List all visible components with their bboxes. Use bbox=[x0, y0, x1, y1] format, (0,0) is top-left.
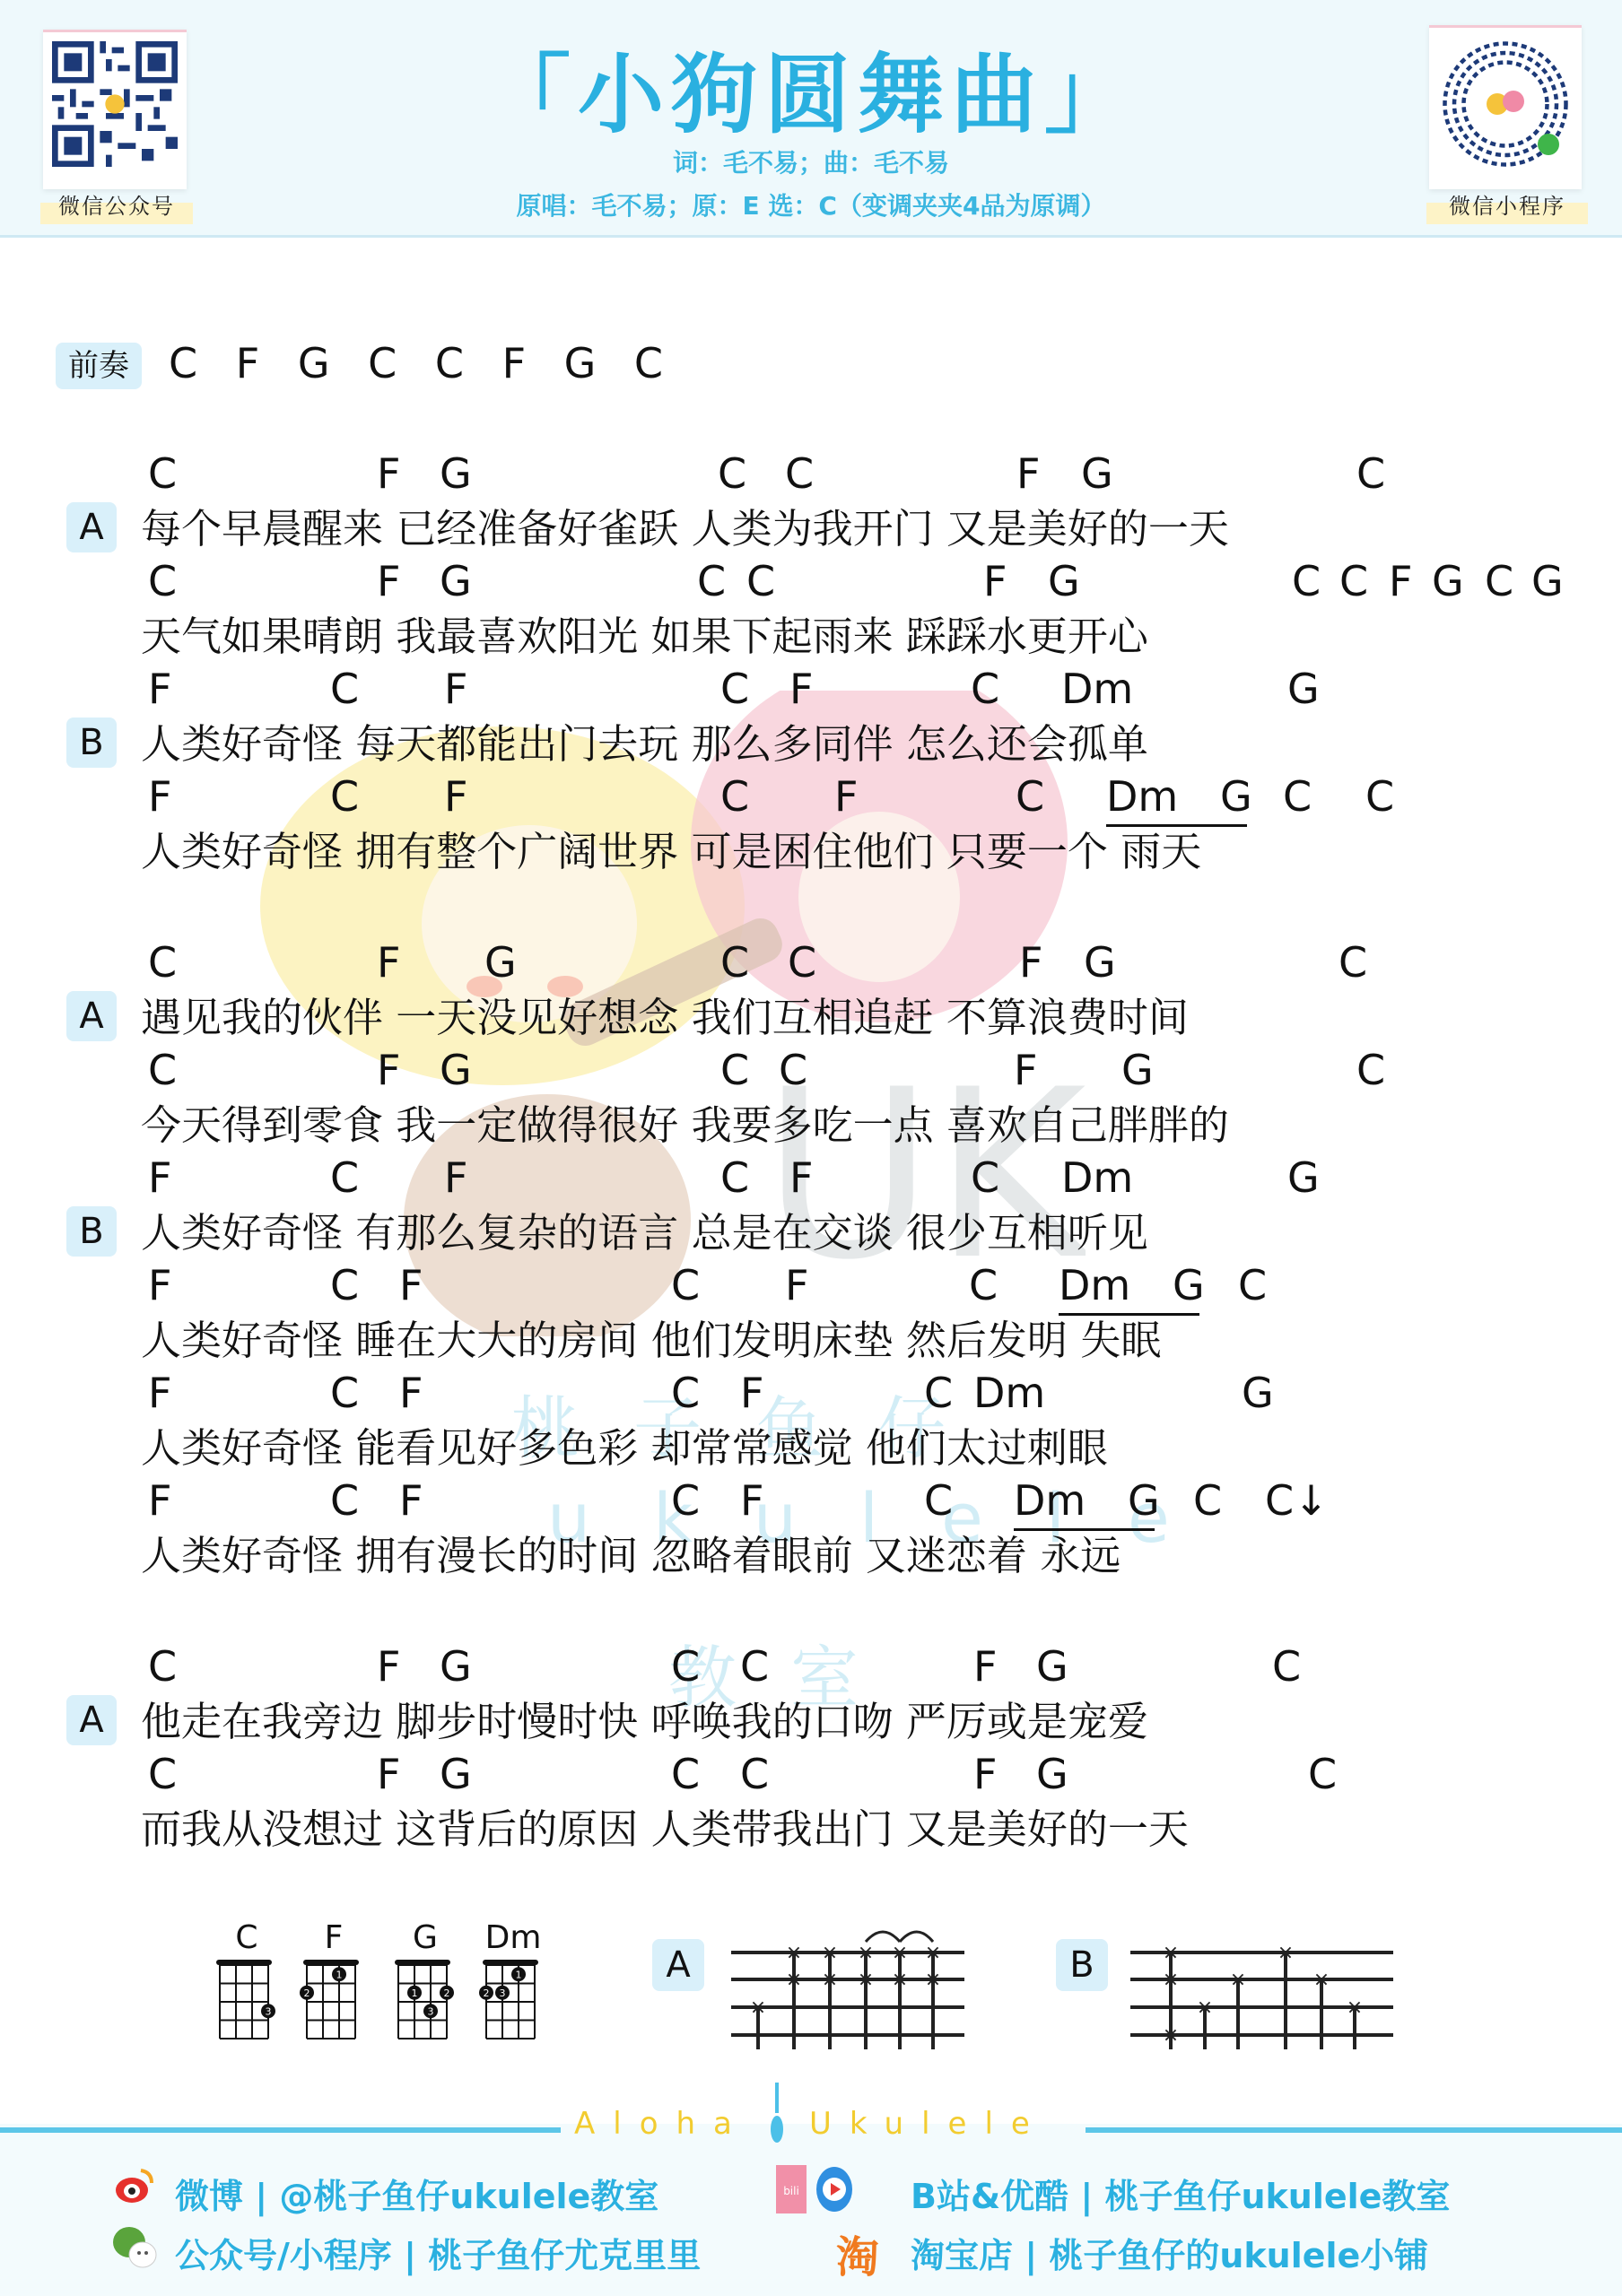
footer-wechat[interactable]: 公众号/小程序 | 桃子鱼仔尤克里里 bbox=[175, 2228, 701, 2277]
svg-text:×: × bbox=[750, 1996, 766, 2019]
chord-symbol: C bbox=[924, 1372, 953, 1413]
chord-symbol: C bbox=[1283, 776, 1312, 817]
svg-text:×: × bbox=[925, 1942, 941, 1964]
chord-symbol: Dm bbox=[1061, 1157, 1133, 1198]
chord-symbol: C bbox=[924, 1480, 953, 1521]
svg-text:×: × bbox=[892, 1942, 908, 1964]
taobao-icon: 淘 bbox=[836, 2222, 879, 2284]
chord-symbol: C bbox=[330, 776, 359, 817]
chord-symbol: C bbox=[330, 1480, 359, 1521]
chord-symbol: Dm bbox=[1059, 1265, 1130, 1306]
chord-symbol: C bbox=[740, 1646, 769, 1687]
chord-symbol: F bbox=[1016, 453, 1040, 494]
svg-text:1: 1 bbox=[516, 1969, 522, 1980]
chord-symbol: C bbox=[1485, 561, 1513, 602]
svg-text:×: × bbox=[1197, 1996, 1213, 2019]
chord-symbol: G bbox=[440, 1753, 472, 1795]
chord-symbol: G bbox=[1084, 942, 1116, 983]
chord-symbol: G bbox=[484, 942, 517, 983]
strum-pattern-a: × ×× ×× ×× ×× ×× bbox=[727, 1915, 969, 2049]
chord-symbol: C bbox=[671, 1480, 700, 1521]
svg-text:×: × bbox=[892, 1969, 908, 1991]
footer-taobao[interactable]: 淘宝店 | 桃子鱼仔的ukulele小铺 bbox=[911, 2228, 1428, 2277]
lyricist-composer-credits: 词：毛不易；曲：毛不易 bbox=[0, 143, 1622, 179]
chord-symbol: F bbox=[740, 1480, 763, 1521]
chord-symbol: C bbox=[148, 1753, 177, 1795]
chord-symbol: C bbox=[1016, 776, 1044, 817]
intro-badge: 前奏 bbox=[56, 343, 142, 389]
chord-symbol: F bbox=[973, 1646, 997, 1687]
chord-symbol: F bbox=[377, 1753, 400, 1795]
ukulele-icon bbox=[770, 2083, 784, 2144]
svg-text:3: 3 bbox=[428, 2005, 434, 2017]
header: 微信公众号 「小狗圆舞曲」 词：毛不易；曲：毛不易 原唱：毛不易；原：E 选：C… bbox=[0, 0, 1622, 238]
svg-text:×: × bbox=[1163, 1969, 1179, 1991]
chord-symbol: C bbox=[740, 1753, 769, 1795]
chord-symbol: C bbox=[148, 453, 177, 494]
svg-text:×: × bbox=[786, 1969, 802, 1991]
rhythm-b-badge: B bbox=[1056, 1939, 1108, 1991]
svg-text:×: × bbox=[822, 1969, 838, 1991]
lyric-line: 人类好奇怪 能看见好多色彩 却常常感觉 他们太过刺眼 bbox=[141, 1428, 1108, 1468]
strum-pattern-b: ××× ×× ××× bbox=[1126, 1915, 1395, 2049]
chord-underline bbox=[1059, 1313, 1199, 1316]
chord-symbol: F bbox=[148, 776, 171, 817]
chord-symbol: C bbox=[148, 1049, 177, 1091]
weibo-icon bbox=[112, 2163, 157, 2208]
svg-text:1: 1 bbox=[336, 1969, 343, 1980]
bilibili-youku-icon: bili bbox=[772, 2163, 861, 2215]
chord-symbol: F bbox=[834, 776, 858, 817]
chord-symbol: G bbox=[440, 453, 472, 494]
lyric-line: 人类好奇怪 拥有整个广阔世界 可是困住他们 只要一个 雨天 bbox=[141, 831, 1201, 872]
chord-symbol: G bbox=[1287, 668, 1320, 709]
chord-symbol: C bbox=[788, 942, 816, 983]
lyric-line: 人类好奇怪 拥有漫长的时间 忽略着眼前 又迷恋着 永远 bbox=[141, 1535, 1121, 1576]
footer-divider-left bbox=[0, 2127, 561, 2133]
chord-symbol: F bbox=[1389, 561, 1412, 602]
chord-symbol: C bbox=[971, 1157, 999, 1198]
svg-text:2: 2 bbox=[304, 1987, 310, 1999]
intro-chords: C F G C C F G C bbox=[169, 339, 663, 387]
chord-diagram-c: 3 bbox=[211, 1958, 283, 2043]
wechat-icon bbox=[109, 2222, 160, 2273]
chord-symbol: C bbox=[720, 776, 749, 817]
chord-symbol: G bbox=[1173, 1265, 1205, 1306]
chord-symbol: F bbox=[399, 1265, 423, 1306]
chord-symbol: F bbox=[1014, 1049, 1037, 1091]
svg-text:2: 2 bbox=[484, 1987, 490, 1999]
svg-text:2: 2 bbox=[444, 1987, 450, 1999]
chord-symbol: F bbox=[377, 1646, 400, 1687]
chord-symbol: C bbox=[697, 561, 726, 602]
chord-symbol: G bbox=[1081, 453, 1113, 494]
chord-symbol: C bbox=[1238, 1265, 1267, 1306]
chord-symbol: C bbox=[746, 561, 775, 602]
chord-diagram-dm: 123 bbox=[477, 1958, 549, 2043]
lyric-line: 今天得到零食 我一定做得很好 我要多吃一点 喜欢自己胖胖的 bbox=[141, 1105, 1229, 1145]
chord-symbol: C bbox=[671, 1372, 700, 1413]
lyric-line: 天气如果晴朗 我最喜欢阳光 如果下起雨来 踩踩水更开心 bbox=[141, 616, 1148, 657]
svg-text:3: 3 bbox=[266, 2005, 272, 2017]
chord-diagram-name: Dm bbox=[477, 1919, 549, 1956]
svg-text:3: 3 bbox=[500, 1987, 506, 1999]
song-title: 「小狗圆舞曲」 bbox=[0, 27, 1622, 150]
lyric-line: 人类好奇怪 每天都能出门去玩 那么多同伴 怎么还会孤单 bbox=[141, 724, 1148, 764]
chord-diagram-name: F bbox=[298, 1919, 370, 1956]
lyric-line: 而我从没想过 这背后的原因 人类带我出门 又是美好的一天 bbox=[141, 1809, 1189, 1849]
brand-aloha: Aloha bbox=[574, 2106, 750, 2142]
wechat-mini-program-label: 微信小程序 bbox=[1426, 188, 1588, 224]
chord-symbol: F bbox=[785, 1265, 808, 1306]
chord-symbol: C bbox=[330, 1157, 359, 1198]
svg-text:1: 1 bbox=[412, 1987, 418, 1999]
chord-symbol: Dm bbox=[1014, 1480, 1086, 1521]
chord-symbol: F bbox=[399, 1372, 423, 1413]
svg-text:×: × bbox=[858, 1969, 874, 1991]
lyric-line: 人类好奇怪 有那么复杂的语言 总是在交谈 很少互相听见 bbox=[141, 1213, 1148, 1253]
chord-symbol: Dm bbox=[973, 1372, 1045, 1413]
chord-symbol: C↓ bbox=[1265, 1480, 1329, 1521]
chord-symbol: F bbox=[444, 776, 467, 817]
chord-symbol: G bbox=[1036, 1646, 1068, 1687]
lyric-line: 人类好奇怪 睡在大大的房间 他们发明床垫 然后发明 失眠 bbox=[141, 1320, 1161, 1361]
chord-diagram-g: 123 bbox=[389, 1958, 461, 2043]
chord-symbol: G bbox=[1048, 561, 1080, 602]
chord-symbol: G bbox=[1287, 1157, 1320, 1198]
chord-symbol: G bbox=[440, 1049, 472, 1091]
chord-symbol: C bbox=[1339, 942, 1367, 983]
chord-symbol: Dm bbox=[1061, 668, 1133, 709]
chord-symbol: F bbox=[377, 1049, 400, 1091]
chord-symbol: C bbox=[671, 1646, 700, 1687]
chord-symbol: C bbox=[785, 453, 814, 494]
chord-symbol: F bbox=[148, 1157, 171, 1198]
chord-symbol: G bbox=[1121, 1049, 1154, 1091]
chord-symbol: C bbox=[330, 668, 359, 709]
lyric-line: 遇见我的伙伴 一天没见好想念 我们互相追赶 不算浪费时间 bbox=[141, 997, 1189, 1038]
svg-text:×: × bbox=[1230, 1969, 1246, 1991]
chord-symbol: C bbox=[1272, 1646, 1301, 1687]
footer-weibo[interactable]: 微博 | @桃子鱼仔ukulele教室 bbox=[175, 2169, 658, 2218]
chord-symbol: F bbox=[1019, 942, 1042, 983]
svg-text:bili: bili bbox=[783, 2185, 799, 2197]
chord-symbol: C bbox=[1356, 1049, 1385, 1091]
chord-symbol: F bbox=[444, 668, 467, 709]
chord-symbol: C bbox=[969, 1265, 998, 1306]
footer-divider-right bbox=[1086, 2127, 1622, 2133]
chord-symbol: C bbox=[1365, 776, 1394, 817]
chord-symbol: C bbox=[1292, 561, 1321, 602]
chord-symbol: C bbox=[1308, 1753, 1337, 1795]
rhythm-a-badge: A bbox=[652, 1939, 704, 1991]
chord-symbol: C bbox=[671, 1265, 700, 1306]
chord-symbol: F bbox=[377, 942, 400, 983]
svg-text:×: × bbox=[858, 1942, 874, 1964]
chord-symbol: G bbox=[1128, 1480, 1160, 1521]
footer-bilibili-youku[interactable]: B站&优酷 | 桃子鱼仔ukulele教室 bbox=[911, 2169, 1450, 2218]
chord-symbol: C bbox=[720, 668, 749, 709]
svg-text:×: × bbox=[1163, 2024, 1179, 2047]
chord-diagram-f: 12 bbox=[298, 1958, 370, 2043]
section-badge: A bbox=[66, 1695, 117, 1745]
chord-diagram-name: C bbox=[211, 1919, 283, 1956]
chord-symbol: C bbox=[148, 942, 177, 983]
chord-symbol: C bbox=[148, 1646, 177, 1687]
chord-underline bbox=[1014, 1528, 1155, 1531]
chord-symbol: G bbox=[1036, 1753, 1068, 1795]
chord-symbol: C bbox=[330, 1372, 359, 1413]
chord-diagram-name: G bbox=[389, 1919, 461, 1956]
chord-symbol: G bbox=[1242, 1372, 1274, 1413]
chord-symbol: F bbox=[148, 1480, 171, 1521]
svg-text:×: × bbox=[1163, 1942, 1179, 1964]
section-badge: B bbox=[66, 717, 117, 768]
chord-symbol: C bbox=[1356, 453, 1385, 494]
key-capo-info: 原唱：毛不易；原：E 选：C（变调夹夹4品为原调） bbox=[0, 187, 1622, 222]
svg-text:×: × bbox=[925, 1969, 941, 1991]
chord-symbol: F bbox=[148, 668, 171, 709]
chord-symbol: C bbox=[718, 453, 746, 494]
chord-symbol: F bbox=[148, 1372, 171, 1413]
svg-text:×: × bbox=[822, 1942, 838, 1964]
svg-text:×: × bbox=[1278, 1942, 1294, 1964]
chord-symbol: G bbox=[1432, 561, 1464, 602]
svg-text:×: × bbox=[1347, 1996, 1363, 2019]
chord-symbol: C bbox=[779, 1049, 807, 1091]
chord-symbol: F bbox=[377, 561, 400, 602]
chord-symbol: G bbox=[440, 561, 472, 602]
chord-symbol: F bbox=[377, 453, 400, 494]
chord-symbol: G bbox=[1531, 561, 1564, 602]
chord-symbol: G bbox=[1220, 776, 1252, 817]
chord-underline bbox=[1106, 824, 1247, 827]
brand-ukulele: Ukulele bbox=[809, 2106, 1048, 2142]
mini-program-code-icon bbox=[1438, 37, 1573, 171]
section-badge: A bbox=[66, 502, 117, 552]
chord-symbol: F bbox=[789, 1157, 813, 1198]
chord-symbol: C bbox=[720, 1157, 749, 1198]
chord-symbol: C bbox=[1339, 561, 1368, 602]
chord-symbol: F bbox=[148, 1265, 171, 1306]
chord-symbol: F bbox=[973, 1753, 997, 1795]
chord-symbol: C bbox=[671, 1753, 700, 1795]
chord-symbol: C bbox=[971, 668, 999, 709]
chord-symbol: C bbox=[720, 942, 749, 983]
chord-symbol: F bbox=[789, 668, 813, 709]
svg-text:×: × bbox=[1313, 1969, 1330, 1991]
lyric-line: 他走在我旁边 脚步时慢时快 呼唤我的口吻 严厉或是宠爱 bbox=[141, 1701, 1148, 1742]
chord-symbol: C bbox=[148, 561, 177, 602]
section-badge: B bbox=[66, 1206, 117, 1257]
chord-symbol: C bbox=[1193, 1480, 1222, 1521]
wechat-mini-program-qr-code[interactable] bbox=[1429, 25, 1582, 189]
chord-symbol: F bbox=[983, 561, 1007, 602]
section-badge: A bbox=[66, 991, 117, 1041]
chord-symbol: F bbox=[399, 1480, 423, 1521]
chord-symbol: C bbox=[720, 1049, 749, 1091]
chord-symbol: Dm bbox=[1106, 776, 1178, 817]
chord-symbol: F bbox=[444, 1157, 467, 1198]
chord-symbol: G bbox=[440, 1646, 472, 1687]
svg-text:×: × bbox=[786, 1942, 802, 1964]
lyric-line: 每个早晨醒来 已经准备好雀跃 人类为我开门 又是美好的一天 bbox=[141, 509, 1229, 549]
chord-symbol: F bbox=[740, 1372, 763, 1413]
chord-symbol: C bbox=[330, 1265, 359, 1306]
